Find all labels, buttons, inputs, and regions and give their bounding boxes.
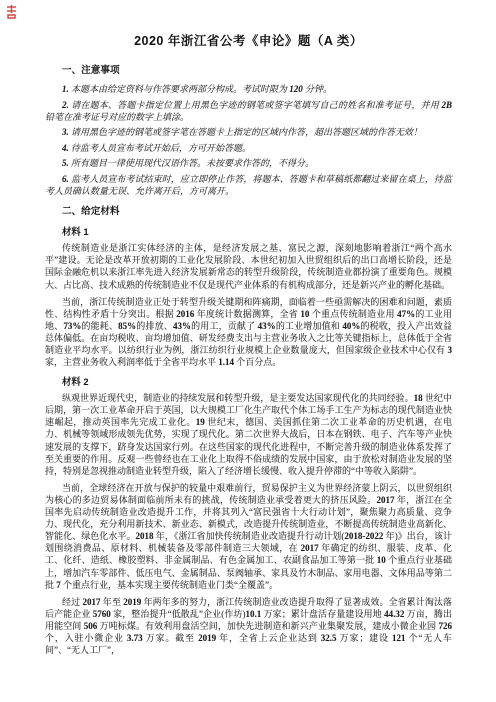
notice-item-5: 5. 所有题目一律使用现代汉语作答。未按要求作答的，不得分。 <box>45 157 452 169</box>
material-2-paragraph-1: 纵观世界近现代史，制造业的持续发展和转型升级，是主要发达国家现代化的共同经验。1… <box>45 392 452 477</box>
notice-item-3: 3. 请用黑色字迹的钢笔或签字笔在答题卡上指定的区域内作答，超出答题区域的作答无… <box>45 126 452 138</box>
notice-item-4: 4. 待监考人员宣布考试开始后，方可开始答题。 <box>45 142 452 154</box>
document-page: 2020 年浙江省公考《申论》题（A 类） 一、注意事项 1. 本题本由给定资料… <box>0 0 496 702</box>
material-2-paragraph-2: 当前，全球经济在开放与保护的较量中艰难前行，贸易保护主义为世界经济蒙上阴云，以世… <box>45 482 452 591</box>
material-1-paragraph-2: 当前，浙江传统制造业正处于转型升级关键期和阵痛期，面临着一些亟需解决的困难和问题… <box>45 296 452 369</box>
red-stamp-icon <box>5 4 18 19</box>
material-1-paragraph-1: 传统制造业是浙江实体经济的主体，是经济发展之基、富民之源，深刻地影响着浙江“两个… <box>45 242 452 290</box>
notice-section: 一、注意事项 1. 本题本由给定资料与作答要求两部分构成。考试时限为 120 分… <box>45 65 452 197</box>
notice-item-6: 6. 监考人员宣布考试结束时，应立即停止作答，将题本、答题卡和草稿纸都翻过来留在… <box>45 173 452 197</box>
material-2-heading: 材料 2 <box>62 376 452 388</box>
materials-heading: 二、给定材料 <box>62 206 452 218</box>
notice-item-1: 1. 本题本由给定资料与作答要求两部分构成。考试时限为 120 分钟。 <box>45 83 452 95</box>
page-title: 2020 年浙江省公考《申论》题（A 类） <box>45 33 452 50</box>
notice-item-2: 2. 请在题本、答题卡指定位置上用黑色字迹的钢笔或签字笔填写自己的姓名和准考证号… <box>45 99 452 123</box>
materials-section: 二、给定材料 材料 1 传统制造业是浙江实体经济的主体，是经济发展之基、富民之源… <box>45 206 452 656</box>
notice-heading: 一、注意事项 <box>62 65 452 77</box>
material-2-paragraph-3: 经过 2017 年至 2019 年两年多的努力，浙江传统制造业改造提升取得了显著… <box>45 596 452 656</box>
material-1-heading: 材料 1 <box>62 226 452 238</box>
